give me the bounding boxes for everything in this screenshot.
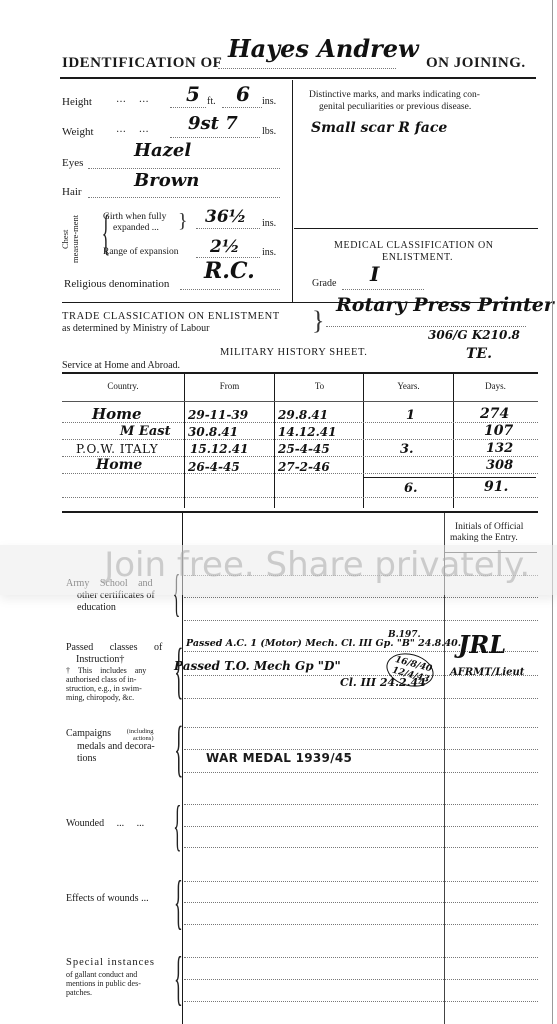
- army-school-label-3: education: [77, 602, 116, 613]
- cell-country: Home: [96, 457, 142, 473]
- history-table-bottom-rule: [62, 511, 538, 513]
- wounded-line-3: [184, 847, 538, 848]
- watermark-text: Join free. Share privately.: [104, 545, 530, 585]
- lbs-unit: lbs.: [262, 126, 276, 137]
- cell-to: 14.12.41: [278, 425, 336, 439]
- campaigns-label-1: Campaigns: [66, 728, 111, 739]
- weight-label: Weight: [62, 126, 94, 138]
- header-name-line: [218, 68, 396, 69]
- row-line-5: [62, 497, 538, 498]
- grade-label: Grade: [312, 278, 336, 289]
- campaigns-value: WAR MEDAL 1939/45: [206, 751, 352, 765]
- weight-value: 9st 7: [188, 113, 238, 134]
- header-rule: [60, 77, 536, 79]
- effects-brace: {: [174, 872, 183, 932]
- col-header-from: From: [185, 381, 274, 391]
- cell-from: 15.12.41: [190, 442, 248, 456]
- wounded-line-2: [184, 826, 538, 827]
- campaigns-label-3: tions: [77, 753, 96, 764]
- wounded-label: Wounded ... ...: [66, 818, 144, 829]
- cell-to: 25-4-45: [278, 442, 330, 456]
- cell-years: 3.: [400, 442, 414, 457]
- initials-header-1: Initials of Official: [455, 522, 523, 532]
- distinctive-label-2: genital peculiarities or previous diseas…: [319, 102, 471, 112]
- girth-ins-unit: ins.: [262, 218, 276, 229]
- height-label: Height: [62, 96, 92, 108]
- weight-dots-leader: … …: [116, 124, 149, 135]
- campaigns-label-2: medals and decora-: [77, 741, 155, 752]
- weight-line: [170, 137, 260, 138]
- history-table-top-rule: [62, 372, 538, 374]
- cell-country: P.O.W. ITALY: [76, 442, 158, 456]
- cell-to: 29.8.41: [278, 408, 328, 422]
- special-label-4: patches.: [66, 988, 92, 997]
- header-name: Hayes Andrew: [228, 34, 419, 63]
- cell-from: 29-11-39: [188, 408, 248, 422]
- cell-days: 274: [480, 406, 509, 422]
- header-prefix: IDENTIFICATION OF: [62, 55, 222, 72]
- trade-value: Rotary Press Printer: [336, 294, 554, 316]
- col-header-country: Country.: [62, 381, 184, 391]
- initials-header-2: making the Entry.: [450, 533, 518, 543]
- hair-label: Hair: [62, 186, 82, 198]
- passed-initials: JRL: [458, 630, 506, 659]
- cell-from: 30.8.41: [188, 425, 238, 439]
- special-label-1: Special instances: [66, 957, 155, 968]
- campaigns-line-1: [184, 727, 538, 728]
- campaigns-label-small: (including actions): [114, 728, 154, 742]
- header-suffix: ON JOINING.: [426, 55, 526, 72]
- medical-title-1: MEDICAL CLASSIFICATION ON: [334, 240, 494, 251]
- medical-rule: [294, 228, 538, 229]
- hair-value: Brown: [134, 170, 199, 191]
- trade-annotation: 306/G K210.8: [428, 328, 520, 342]
- cell-days: 132: [486, 441, 513, 456]
- effects-line-1: [184, 881, 538, 882]
- cell-days: 107: [484, 423, 513, 439]
- cell-country: M East: [120, 424, 171, 439]
- cell-days: 308: [486, 458, 513, 473]
- campaigns-line-2: [184, 749, 538, 750]
- grade-value: I: [370, 262, 379, 286]
- col-divider-2: [274, 374, 275, 508]
- total-years: 6.: [404, 481, 418, 496]
- religion-line: [180, 289, 280, 290]
- religion-label: Religious denomination: [64, 278, 169, 290]
- medical-title-2: ENLISTMENT.: [382, 252, 453, 263]
- chest-label: Chest measure-ment: [60, 214, 100, 264]
- effects-line-3: [184, 924, 538, 925]
- effects-label: Effects of wounds ...: [66, 893, 149, 904]
- special-line-2: [184, 979, 538, 980]
- army-school-line-2: [184, 597, 538, 598]
- trade-label-1: TRADE CLASSICATION ON ENLISTMENT: [62, 311, 280, 322]
- page-right-edge: [552, 0, 553, 1024]
- special-line-1: [184, 957, 538, 958]
- passed-label-3: † This includes any: [66, 666, 146, 675]
- col-header-to: To: [275, 381, 364, 391]
- eyes-line: [88, 168, 280, 169]
- passed-entry-1: Passed A.C. 1 (Motor) Mech. Cl. III Gp. …: [186, 638, 461, 649]
- military-history-subtitle: Service at Home and Abroad.: [62, 360, 180, 371]
- wounded-line-1: [184, 804, 538, 805]
- trade-brace: }: [312, 306, 324, 336]
- passed-label-1: Passed classes of: [66, 642, 162, 653]
- passed-label-5: struction, e.g., in swim-: [66, 684, 142, 693]
- religion-value: R.C.: [204, 258, 255, 284]
- girth-label-2: expanded ...: [113, 223, 159, 233]
- cell-to: 27-2-46: [278, 460, 330, 474]
- girth-line: [196, 228, 260, 229]
- col-divider-4: [453, 374, 454, 508]
- effects-line-2: [184, 902, 538, 903]
- col-divider-3: [363, 374, 364, 508]
- passed-entry-2: Passed T.O. Mech Gp "D": [174, 659, 341, 673]
- wounded-brace: {: [173, 798, 181, 854]
- header-row-rule: [62, 401, 538, 402]
- passed-label-2: Instruction†: [76, 654, 124, 665]
- special-label-3: mentions in public des-: [66, 979, 141, 988]
- height-ins-unit: ins.: [262, 96, 276, 107]
- eyes-label: Eyes: [62, 157, 83, 169]
- grade-line: [342, 289, 424, 290]
- height-in-line: [222, 107, 262, 108]
- trade-line: [326, 326, 526, 327]
- cell-years: 1: [406, 408, 415, 423]
- range-ins-unit: ins.: [262, 247, 276, 258]
- distinctive-value: Small scar R face: [311, 120, 447, 136]
- height-in-value: 6: [236, 82, 250, 106]
- passed-initials-2: AFRMT/Lieut: [450, 667, 524, 678]
- trade-annotation-2: TE.: [466, 346, 492, 362]
- row-line-2: [62, 439, 538, 440]
- col-header-years: Years.: [364, 381, 453, 391]
- army-school-line-3: [184, 620, 538, 621]
- upper-divider: [292, 80, 293, 302]
- campaigns-label: Campaigns (including actions): [66, 728, 154, 742]
- special-line-3: [184, 1001, 538, 1002]
- range-value: 2½: [210, 237, 240, 257]
- col-header-days: Days.: [453, 381, 538, 391]
- total-days: 91.: [484, 479, 508, 495]
- cell-from: 26-4-45: [188, 460, 240, 474]
- subtotal-rule: [364, 477, 536, 478]
- watermark-banner: Join free. Share privately.: [0, 545, 557, 595]
- trade-label-2: as determined by Ministry of Labour: [62, 323, 209, 334]
- special-brace: {: [174, 948, 183, 1008]
- ft-unit: ft.: [207, 96, 216, 107]
- special-label-2: of gallant conduct and: [66, 970, 137, 979]
- passed-label-4: authorised class of in-: [66, 675, 136, 684]
- passed-label-6: ming, chiropody, &c.: [66, 693, 134, 702]
- campaigns-line-3: [184, 772, 538, 773]
- range-label: Range of expansion: [103, 247, 178, 257]
- height-dots-leader: … …: [116, 94, 149, 105]
- girth-label-1: Girth when fully: [103, 212, 166, 222]
- height-ft-line: [170, 107, 206, 108]
- eyes-value: Hazel: [134, 140, 191, 161]
- cell-country: Home: [92, 405, 142, 423]
- campaigns-brace: {: [174, 718, 183, 780]
- col-divider-1: [184, 374, 185, 508]
- hair-line: [88, 197, 280, 198]
- girth-brace: }: [178, 210, 188, 233]
- military-history-title: MILITARY HISTORY SHEET.: [220, 347, 367, 358]
- height-ft-value: 5: [186, 82, 200, 106]
- passed-line-3: [184, 698, 538, 699]
- distinctive-label-1: Distinctive marks, and marks indicating …: [309, 90, 480, 100]
- girth-value: 36½: [205, 207, 246, 227]
